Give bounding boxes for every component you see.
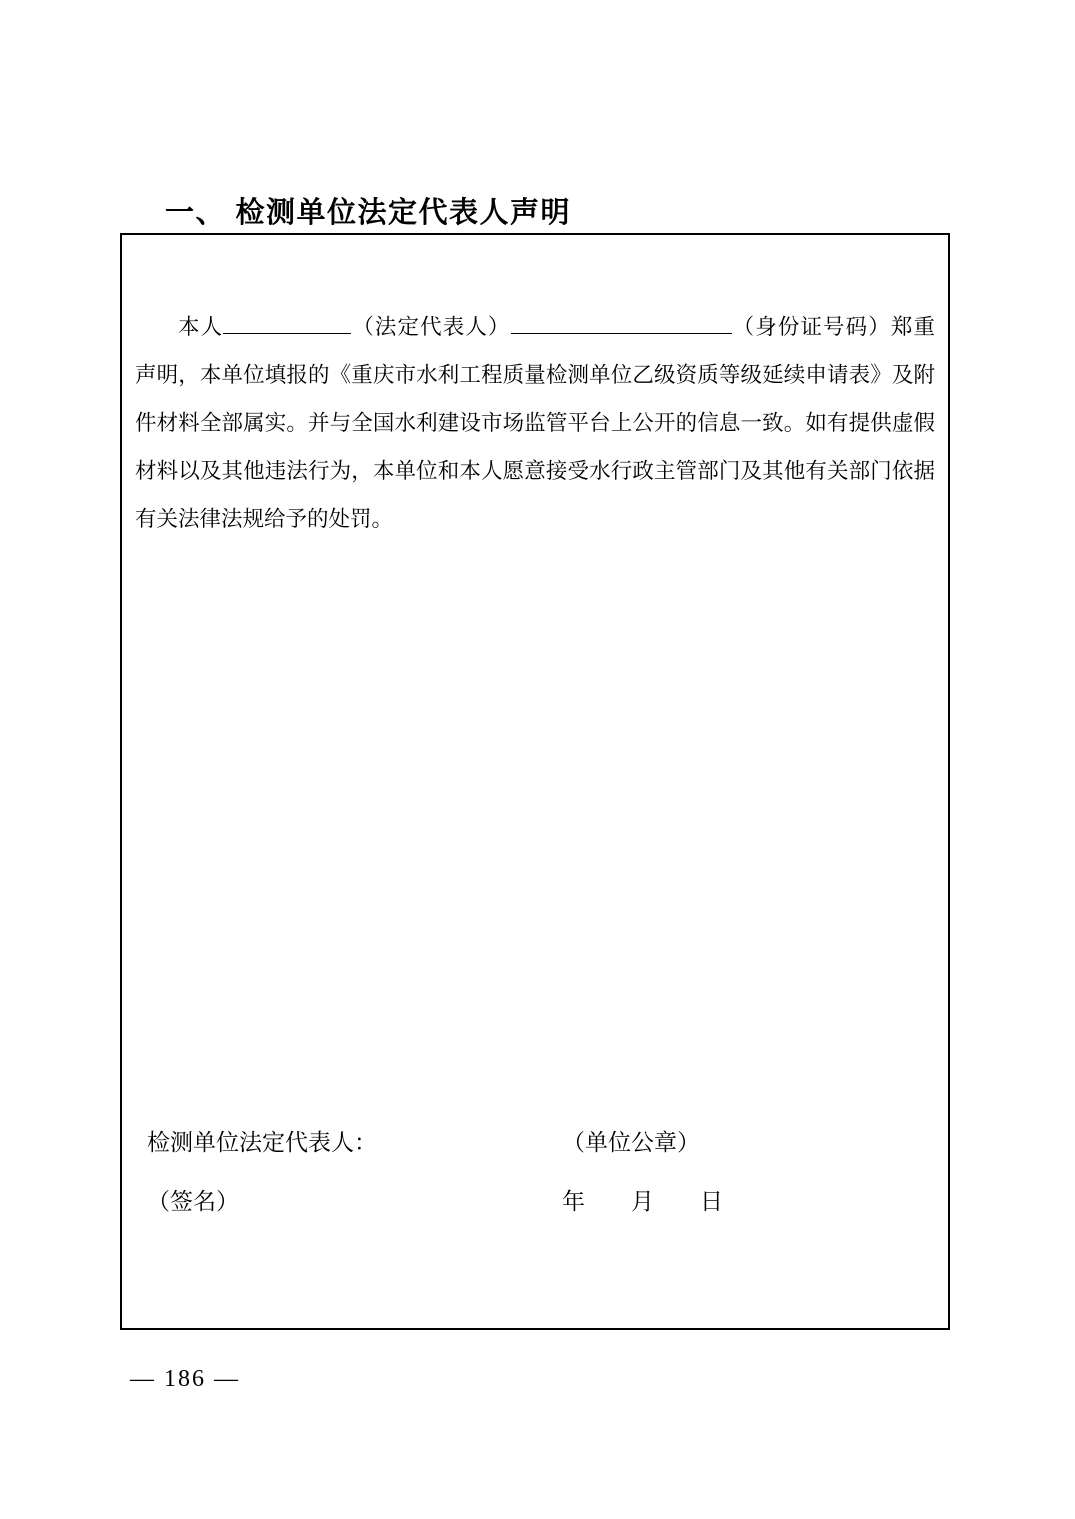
declaration-paragraph: 本人（法定代表人）（身份证号码）郑重声明，本单位填报的《重庆市水利工程质量检测单…: [135, 303, 935, 543]
id-number-caption: （身份证号码）: [732, 315, 891, 339]
declaration-intro-text: 本人: [178, 315, 223, 339]
company-seal-label: （单位公章）: [562, 1128, 700, 1158]
document-page: 一、 检测单位法定代表人声明 本人（法定代表人）（身份证号码）郑重声明，本单位填…: [0, 0, 1075, 1519]
legal-rep-caption: （法定代表人）: [351, 315, 510, 339]
sign-name-label: （签名）: [135, 1187, 562, 1217]
legal-rep-signature-label: 检测单位法定代表人：: [135, 1128, 562, 1158]
signature-row-1: 检测单位法定代表人： （单位公章）: [135, 1128, 935, 1158]
id-number-blank: [511, 311, 732, 334]
declaration-body-text: 郑重声明，本单位填报的《重庆市水利工程质量检测单位乙级资质等级延续申请表》及附件…: [135, 315, 935, 531]
page-number: — 186 —: [130, 1366, 240, 1393]
date-label: 年 月 日: [562, 1187, 723, 1217]
section-title: 一、 检测单位法定代表人声明: [165, 190, 571, 231]
legal-rep-name-blank: [223, 311, 351, 334]
signature-row-2: （签名） 年 月 日: [135, 1187, 935, 1217]
signature-block: 检测单位法定代表人： （单位公章） （签名） 年 月 日: [135, 1128, 935, 1246]
declaration-box: 本人（法定代表人）（身份证号码）郑重声明，本单位填报的《重庆市水利工程质量检测单…: [120, 233, 950, 1330]
